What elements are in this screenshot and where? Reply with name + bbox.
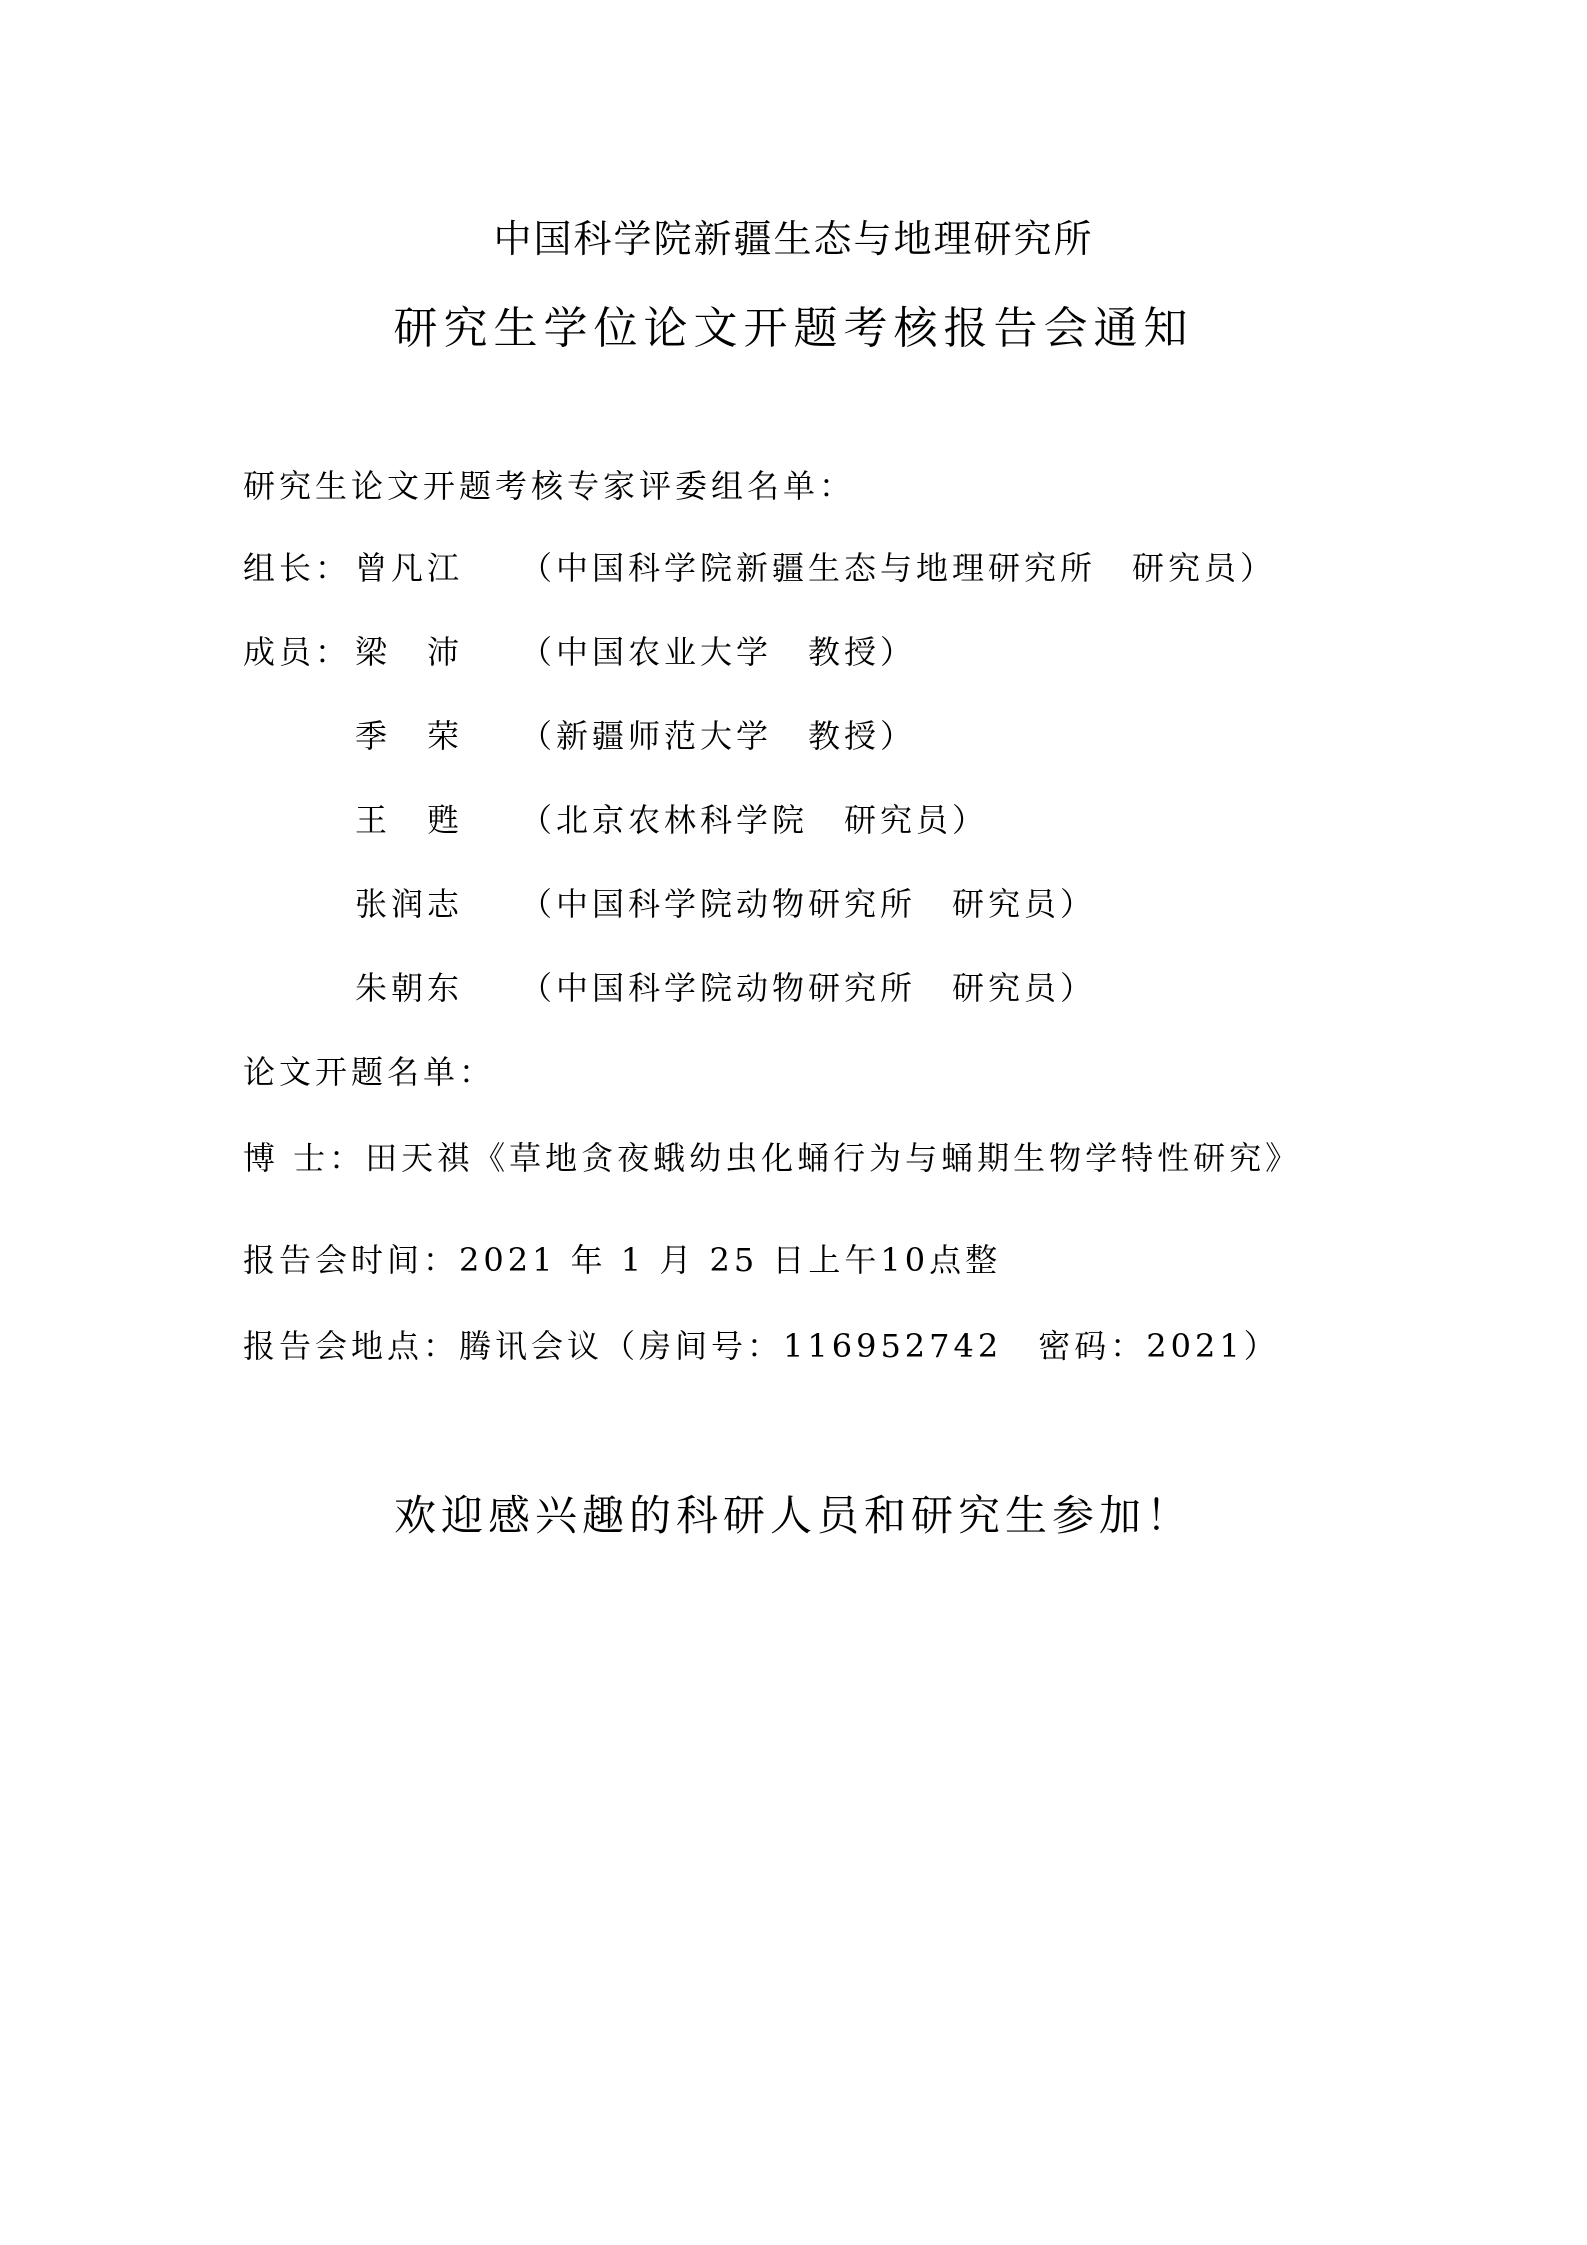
member-affiliation: （中国科学院动物研究所 研究员） — [520, 884, 1096, 924]
member-affiliation: （中国科学院动物研究所 研究员） — [520, 968, 1096, 1008]
member-affiliation: （新疆师范大学 教授） — [520, 716, 916, 756]
member-name: 季 荣 — [355, 716, 463, 756]
member-role: 组长： — [243, 548, 351, 588]
member-name: 朱朝东 — [355, 968, 463, 1008]
member-name: 梁 沛 — [355, 632, 463, 672]
thesis-entry: 博 士：田天祺《草地贪夜蛾幼虫化蛹行为与蛹期生物学特性研究》 — [243, 1138, 1301, 1178]
member-affiliation: （北京农林科学院 研究员） — [520, 800, 988, 840]
institute-title: 中国科学院新疆生态与地理研究所 — [0, 208, 1587, 263]
member-affiliation: （中国科学院新疆生态与地理研究所 研究员） — [520, 548, 1276, 588]
document-page: 中国科学院新疆生态与地理研究所 研究生学位论文开题考核报告会通知 研究生论文开题… — [0, 0, 1587, 2245]
member-affiliation: （中国农业大学 教授） — [520, 632, 916, 672]
notice-title: 研究生学位论文开题考核报告会通知 — [0, 292, 1587, 356]
member-name: 张润志 — [355, 884, 463, 924]
committee-heading: 研究生论文开题考核专家评委组名单： — [243, 466, 855, 506]
thesis-heading: 论文开题名单： — [243, 1052, 495, 1092]
closing-invitation: 欢迎感兴趣的科研人员和研究生参加！ — [0, 1483, 1587, 1543]
member-name: 曾凡江 — [355, 548, 463, 588]
member-role: 成员： — [243, 632, 351, 672]
member-name: 王 甦 — [355, 800, 463, 840]
report-time: 报告会时间：2021 年 1 月 25 日上午10点整 — [243, 1240, 1001, 1280]
report-location: 报告会地点：腾讯会议（房间号：116952742 密码：2021） — [243, 1326, 1280, 1366]
